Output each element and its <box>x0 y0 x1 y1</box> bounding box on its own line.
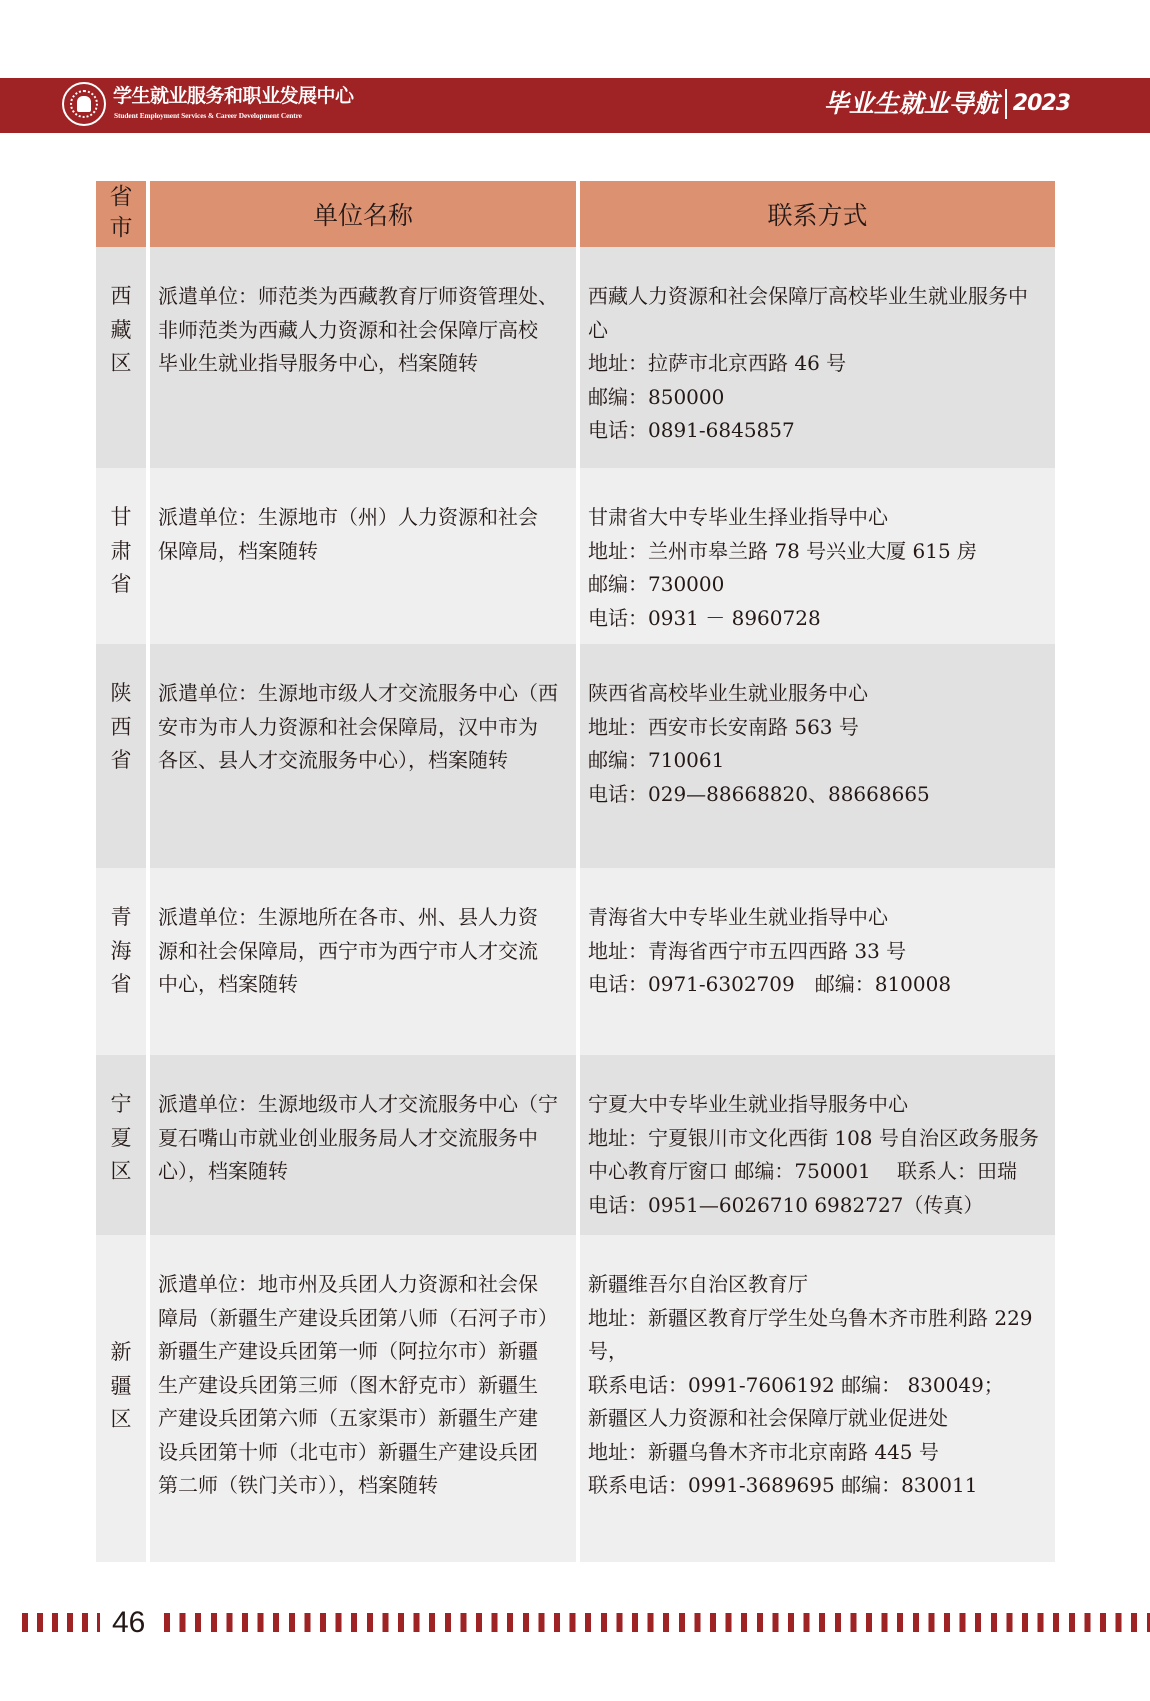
placement-contacts-table: 省 市 单位名称 联系方式 西 藏 区 派遣单位：师范类为西藏教育厅师资管理处、… <box>96 181 1055 1562</box>
unit-line: 第二师（铁门关市）），档案随转 <box>158 1469 570 1503</box>
contact-cell: 陕西省高校毕业生就业服务中心 地址：西安市长安南路 563 号 邮编：71006… <box>580 644 1055 868</box>
unit-line: 派遣单位：生源地级市人才交流服务中心（宁 <box>158 1088 570 1122</box>
province-char: 青 <box>96 901 146 935</box>
contact-line: 电话：029—88668820、88668665 <box>588 778 1051 812</box>
unit-cell: 派遣单位：师范类为西藏教育厅师资管理处、 非师范类为西藏人力资源和社会保障厅高校… <box>150 247 576 468</box>
province-char: 海 <box>96 935 146 969</box>
contact-line: 邮编：710061 <box>588 744 1051 778</box>
org-name-cn: 学生就业服务和职业发展中心 <box>113 85 354 107</box>
contact-line: 中心教育厅窗口 邮编：750001 联系人：田瑞 <box>588 1155 1051 1189</box>
contact-line: 邮编：850000 <box>588 381 1051 415</box>
unit-cell: 派遣单位：生源地所在各市、州、县人力资 源和社会保障局，西宁市为西宁市人才交流 … <box>150 868 576 1055</box>
province-char: 陕 <box>96 677 146 711</box>
table-row: 新 疆 区 派遣单位：地市州及兵团人力资源和社会保 障局（新疆生产建设兵团第八师… <box>96 1235 1055 1562</box>
province-char: 区 <box>96 1403 146 1437</box>
contact-line: 电话：0891-6845857 <box>588 414 1051 448</box>
contact-line: 新疆维吾尔自治区教育厅 <box>588 1268 1051 1302</box>
unit-line: 派遣单位：生源地市（州）人力资源和社会 <box>158 501 570 535</box>
unit-cell: 派遣单位：地市州及兵团人力资源和社会保 障局（新疆生产建设兵团第八师（石河子市）… <box>150 1235 576 1562</box>
province-cell: 甘 肃 省 <box>96 468 146 644</box>
contact-line: 甘肃省大中专毕业生择业指导中心 <box>588 501 1051 535</box>
unit-line: 派遣单位：生源地所在各市、州、县人力资 <box>158 901 570 935</box>
contact-line: 地址：拉萨市北京西路 46 号 <box>588 347 1051 381</box>
unit-line: 派遣单位：地市州及兵团人力资源和社会保 <box>158 1268 570 1302</box>
publication-title: 毕业生就业导航 <box>824 88 999 120</box>
province-cell: 青 海 省 <box>96 868 146 1055</box>
university-emblem-icon <box>62 82 106 126</box>
unit-line: 派遣单位：师范类为西藏教育厅师资管理处、 <box>158 280 570 314</box>
contact-line: 联系电话：0991-7606192 邮编： 830049； <box>588 1369 1051 1403</box>
table-row: 青 海 省 派遣单位：生源地所在各市、州、县人力资 源和社会保障局，西宁市为西宁… <box>96 868 1055 1055</box>
province-cell: 陕 西 省 <box>96 644 146 868</box>
unit-cell: 派遣单位：生源地市级人才交流服务中心（西 安市为市人力资源和社会保障局，汉中市为… <box>150 644 576 868</box>
contact-cell: 青海省大中专毕业生就业指导中心 地址：青海省西宁市五四西路 33 号 电话：09… <box>580 868 1055 1055</box>
province-char: 西 <box>96 280 146 314</box>
table-row: 甘 肃 省 派遣单位：生源地市（州）人力资源和社会 保障局，档案随转 甘肃省大中… <box>96 468 1055 644</box>
province-char: 肃 <box>96 535 146 569</box>
province-cell: 宁 夏 区 <box>96 1055 146 1235</box>
contact-line: 电话：0931 － 8960728 <box>588 602 1051 636</box>
unit-line: 中心，档案随转 <box>158 968 570 1002</box>
column-header-contact: 联系方式 <box>580 181 1055 247</box>
contact-line: 号， <box>588 1335 1051 1369</box>
contact-line: 地址：新疆乌鲁木齐市北京南路 445 号 <box>588 1436 1051 1470</box>
unit-line: 障局（新疆生产建设兵团第八师（石河子市） <box>158 1302 570 1336</box>
contact-cell: 西藏人力资源和社会保障厅高校毕业生就业服务中 心 地址：拉萨市北京西路 46 号… <box>580 247 1055 468</box>
unit-line: 源和社会保障局，西宁市为西宁市人才交流 <box>158 935 570 969</box>
column-header-province: 省 市 <box>96 181 146 247</box>
title-divider <box>1005 89 1007 119</box>
footer-bars-left <box>22 1613 100 1632</box>
province-char: 疆 <box>96 1370 146 1404</box>
contact-line: 心 <box>588 314 1051 348</box>
contact-line: 地址：青海省西宁市五四西路 33 号 <box>588 935 1051 969</box>
province-char: 区 <box>96 347 146 381</box>
province-char: 藏 <box>96 314 146 348</box>
publication-title-block: 毕业生就业导航 2023 <box>824 88 1070 120</box>
unit-line: 各区、县人才交流服务中心），档案随转 <box>158 744 570 778</box>
contact-line: 地址：新疆区教育厅学生处乌鲁木齐市胜利路 229 <box>588 1302 1051 1336</box>
contact-line: 邮编：730000 <box>588 568 1051 602</box>
footer-bars-right <box>164 1613 1150 1632</box>
unit-line: 产建设兵团第六师（五家渠市）新疆生产建 <box>158 1402 570 1436</box>
contact-line: 联系电话：0991-3689695 邮编：830011 <box>588 1469 1051 1503</box>
unit-line: 设兵团第十师（北屯市）新疆生产建设兵团 <box>158 1436 570 1470</box>
unit-line: 安市为市人力资源和社会保障局，汉中市为 <box>158 711 570 745</box>
province-char: 省 <box>96 568 146 602</box>
header-band: 学生就业服务和职业发展中心 Student Employment Service… <box>0 78 1150 133</box>
province-char: 甘 <box>96 501 146 535</box>
province-char: 宁 <box>96 1088 146 1122</box>
table-row: 陕 西 省 派遣单位：生源地市级人才交流服务中心（西 安市为市人力资源和社会保障… <box>96 644 1055 868</box>
contact-line: 宁夏大中专毕业生就业指导服务中心 <box>588 1088 1051 1122</box>
contact-line: 青海省大中专毕业生就业指导中心 <box>588 901 1051 935</box>
province-char: 西 <box>96 711 146 745</box>
province-cell: 新 疆 区 <box>96 1235 146 1562</box>
contact-line: 新疆区人力资源和社会保障厅就业促进处 <box>588 1402 1051 1436</box>
unit-line: 毕业生就业指导服务中心，档案随转 <box>158 347 570 381</box>
province-char: 区 <box>96 1155 146 1189</box>
contact-line: 地址：西安市长安南路 563 号 <box>588 711 1051 745</box>
contact-line: 陕西省高校毕业生就业服务中心 <box>588 677 1051 711</box>
page-number: 46 <box>112 1609 145 1637</box>
unit-cell: 派遣单位：生源地市（州）人力资源和社会 保障局，档案随转 <box>150 468 576 644</box>
unit-line: 保障局，档案随转 <box>158 535 570 569</box>
unit-line: 新疆生产建设兵团第一师（阿拉尔市）新疆 <box>158 1335 570 1369</box>
page-footer: 46 <box>0 1611 1150 1637</box>
table-row: 西 藏 区 派遣单位：师范类为西藏教育厅师资管理处、 非师范类为西藏人力资源和社… <box>96 247 1055 468</box>
unit-line: 派遣单位：生源地市级人才交流服务中心（西 <box>158 677 570 711</box>
unit-line: 心），档案随转 <box>158 1155 570 1189</box>
province-char: 省 <box>96 744 146 778</box>
contact-cell: 新疆维吾尔自治区教育厅 地址：新疆区教育厅学生处乌鲁木齐市胜利路 229 号， … <box>580 1235 1055 1562</box>
province-char: 新 <box>96 1336 146 1370</box>
unit-cell: 派遣单位：生源地级市人才交流服务中心（宁 夏石嘴山市就业创业服务局人才交流服务中… <box>150 1055 576 1235</box>
contact-cell: 甘肃省大中专毕业生择业指导中心 地址：兰州市皋兰路 78 号兴业大厦 615 房… <box>580 468 1055 644</box>
table-row: 宁 夏 区 派遣单位：生源地级市人才交流服务中心（宁 夏石嘴山市就业创业服务局人… <box>96 1055 1055 1235</box>
column-header-unit: 单位名称 <box>150 181 576 247</box>
org-name-en: Student Employment Services & Career Dev… <box>114 111 302 121</box>
contact-line: 地址：兰州市皋兰路 78 号兴业大厦 615 房 <box>588 535 1051 569</box>
table-header-row: 省 市 单位名称 联系方式 <box>96 181 1055 247</box>
column-header-char: 省 <box>110 182 133 213</box>
contact-line: 电话：0951—6026710 6982727（传真） <box>588 1189 1051 1223</box>
publication-year: 2023 <box>1013 88 1070 120</box>
province-cell: 西 藏 区 <box>96 247 146 468</box>
unit-line: 夏石嘴山市就业创业服务局人才交流服务中 <box>158 1122 570 1156</box>
province-char: 夏 <box>96 1122 146 1156</box>
contact-line: 地址：宁夏银川市文化西街 108 号自治区政务服务 <box>588 1122 1051 1156</box>
contact-line: 西藏人力资源和社会保障厅高校毕业生就业服务中 <box>588 280 1051 314</box>
column-header-char: 市 <box>110 213 133 244</box>
unit-line: 非师范类为西藏人力资源和社会保障厅高校 <box>158 314 570 348</box>
contact-line: 电话：0971-6302709 邮编：810008 <box>588 968 1051 1002</box>
province-char: 省 <box>96 968 146 1002</box>
unit-line: 生产建设兵团第三师（图木舒克市）新疆生 <box>158 1369 570 1403</box>
contact-cell: 宁夏大中专毕业生就业指导服务中心 地址：宁夏银川市文化西街 108 号自治区政务… <box>580 1055 1055 1235</box>
